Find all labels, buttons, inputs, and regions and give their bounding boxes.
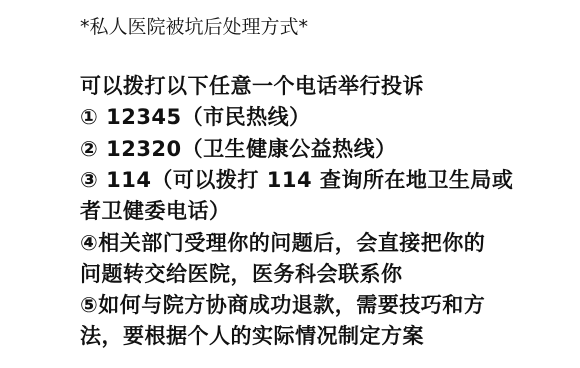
item-marker: ① [80, 105, 98, 129]
item-marker: ⑤ [80, 293, 98, 317]
item-text: 如何与院方协商成功退款，需要技巧和方 [98, 293, 485, 317]
item-marker: ③ [80, 168, 98, 192]
item-text: 相关部门受理你的问题后，会直接把你的 [98, 231, 485, 255]
list-item-continuation: 者卫健委电话） [80, 195, 231, 225]
document-title: *私人医院被坑后处理方式* [80, 12, 308, 39]
list-item-continuation: 问题转交给医院，医务科会联系你 [80, 258, 403, 288]
list-item: ⑤如何与院方协商成功退款，需要技巧和方 [80, 289, 485, 319]
item-text: 问题转交给医院，医务科会联系你 [80, 262, 403, 286]
list-item-continuation: 法，要根据个人的实际情况制定方案 [80, 320, 424, 350]
intro-line: 可以拨打以下任意一个电话举行投诉 [80, 70, 424, 100]
list-item: ① 12345（市民热线） [80, 101, 311, 131]
item-marker: ② [80, 137, 98, 161]
list-item: ② 12320（卫生健康公益热线） [80, 133, 397, 163]
item-marker: ④ [80, 231, 98, 255]
list-item: ④相关部门受理你的问题后，会直接把你的 [80, 227, 485, 257]
item-text: 法，要根据个人的实际情况制定方案 [80, 324, 424, 348]
item-text: 者卫健委电话） [80, 199, 231, 223]
item-text: 114（可以拨打 114 查询所在地卫生局或 [98, 168, 513, 192]
item-text: 12345（市民热线） [98, 105, 310, 129]
item-text: 12320（卫生健康公益热线） [98, 137, 396, 161]
list-item: ③ 114（可以拨打 114 查询所在地卫生局或 [80, 164, 513, 194]
